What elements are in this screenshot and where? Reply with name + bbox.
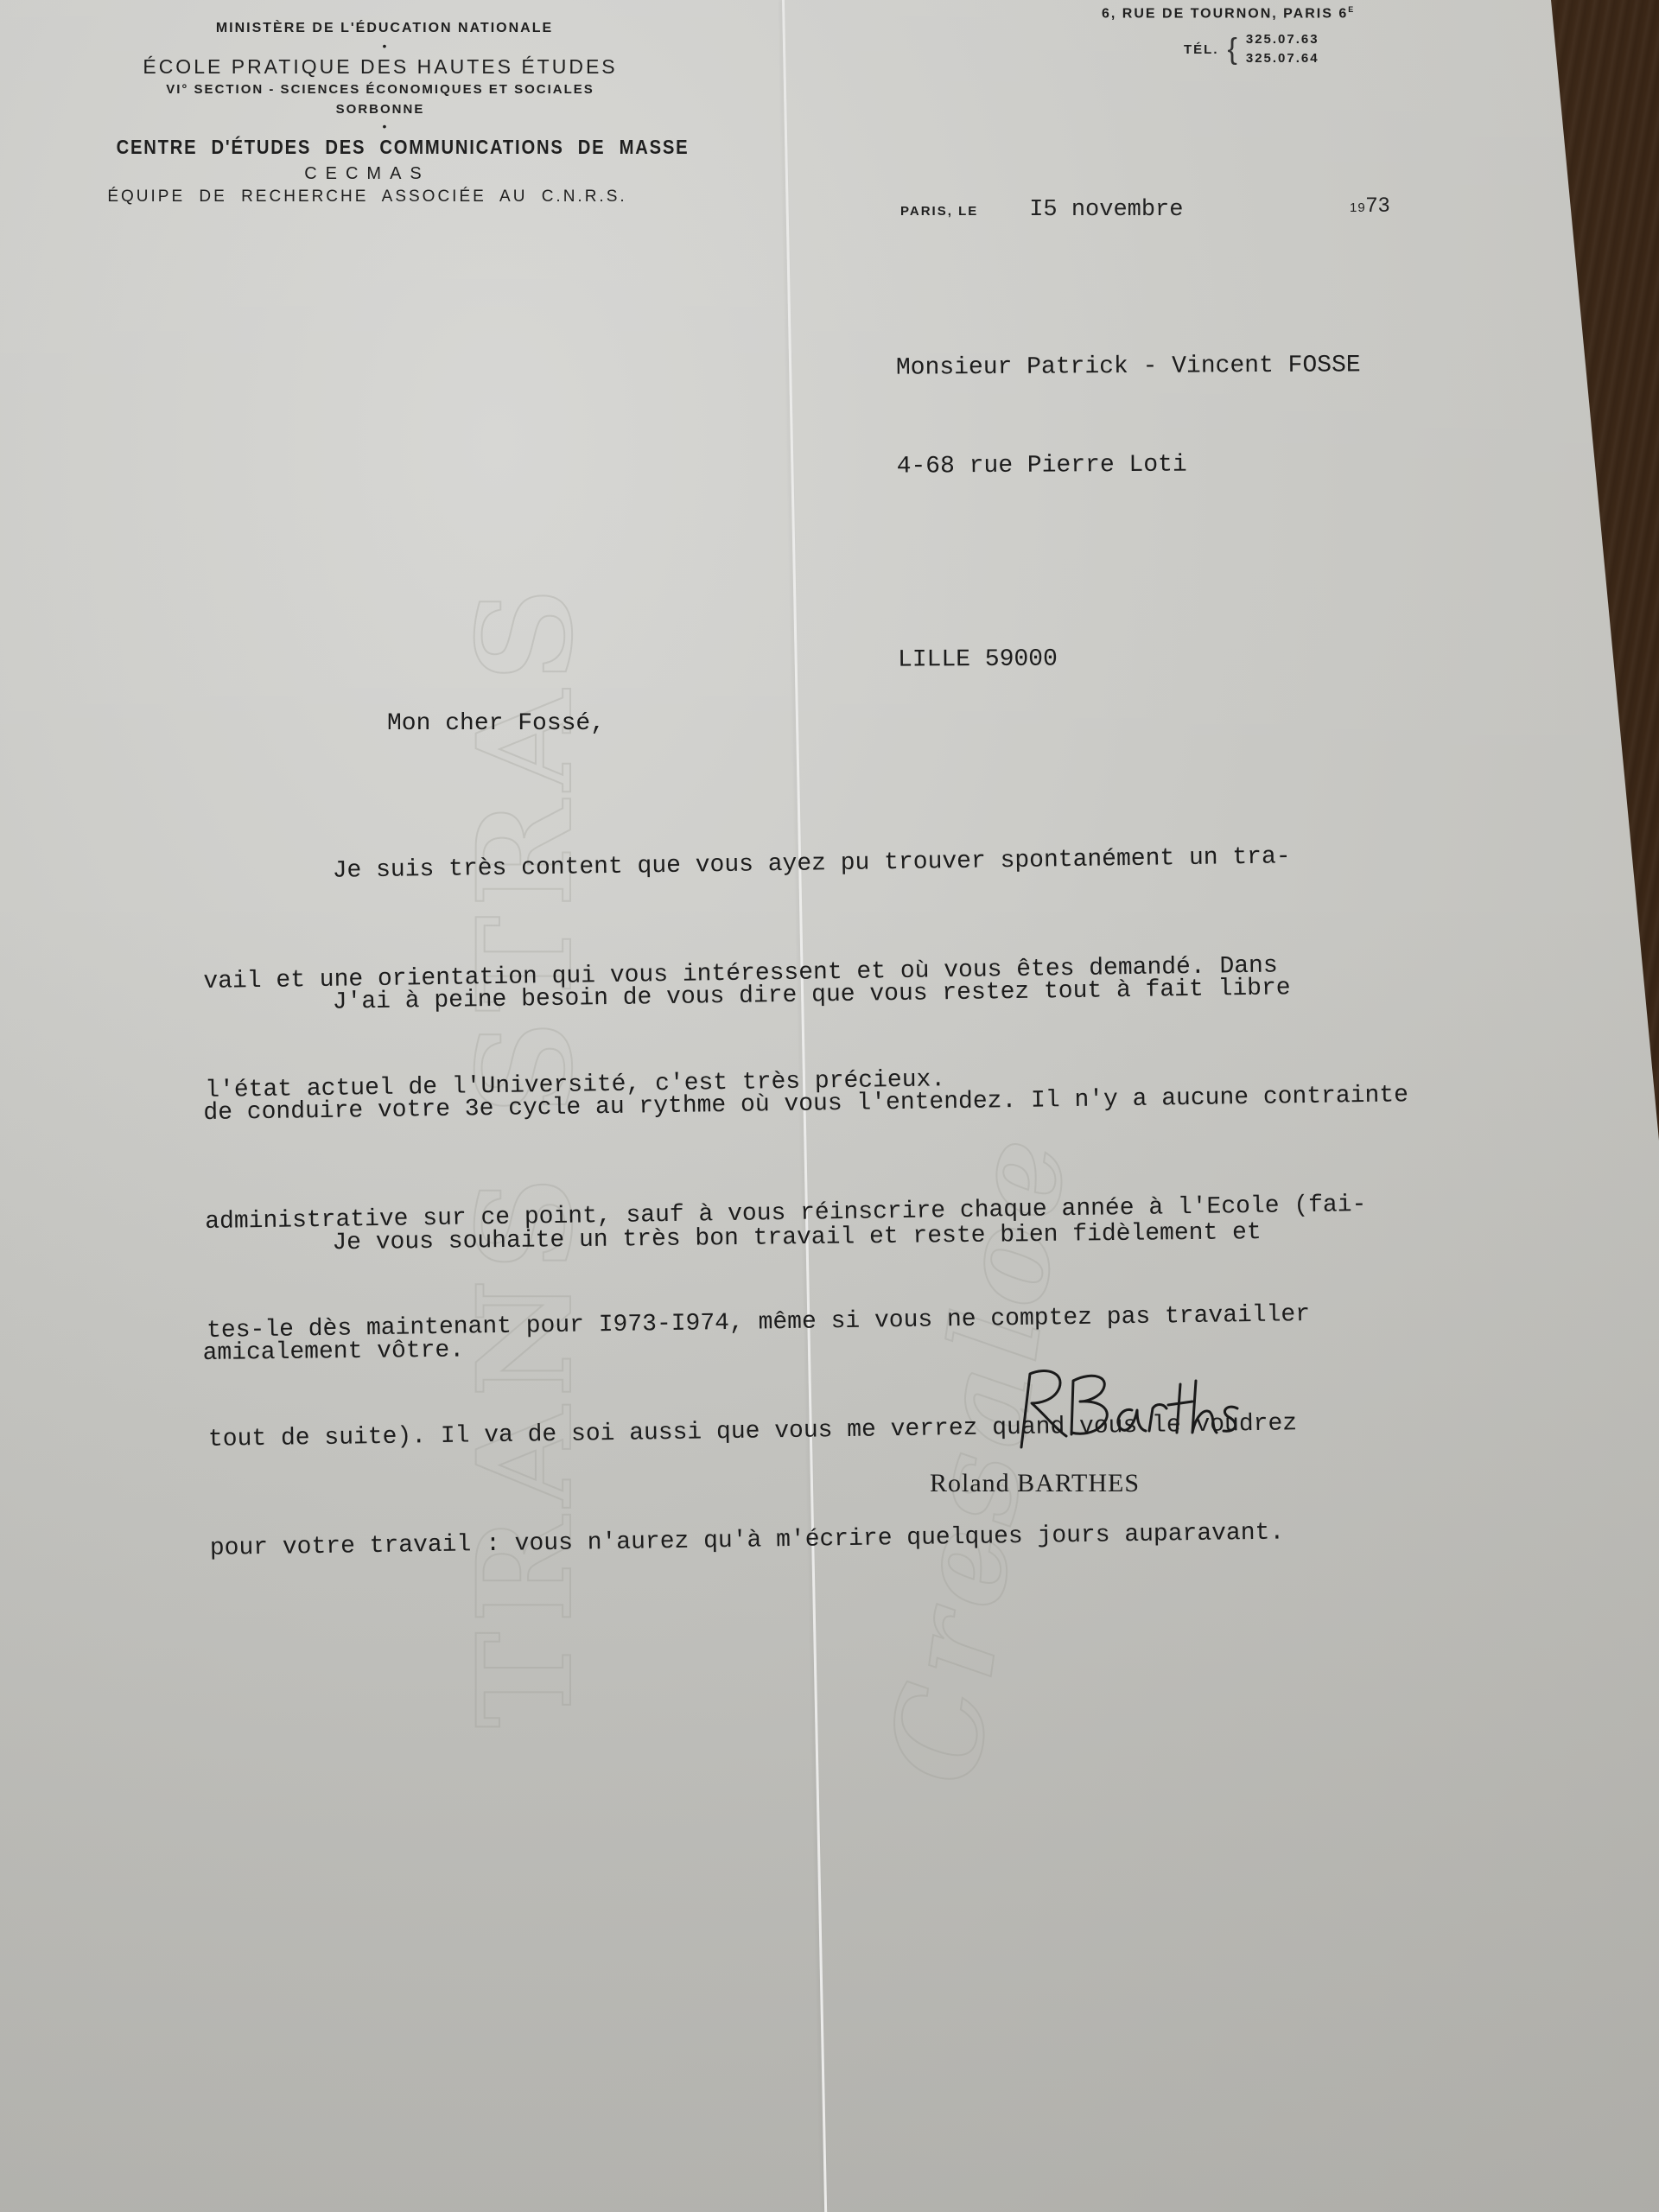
date-label: PARIS, LE bbox=[900, 204, 978, 219]
phone-row: TÉL. { 325.07.63 325.07.64 bbox=[1184, 30, 1355, 68]
photo-scene: TRANS STRAS Cresaloe MINISTÈRE DE L'ÉDUC… bbox=[0, 0, 1659, 2212]
brace-icon: { bbox=[1228, 36, 1237, 62]
handwritten-signature bbox=[1011, 1365, 1322, 1460]
body-line: de conduire votre 3e cycle au rythme où … bbox=[203, 1077, 1408, 1132]
letterhead: MINISTÈRE DE L'ÉDUCATION NATIONALE • ÉCO… bbox=[82, 21, 652, 207]
recipient-street: 4-68 rue Pierre Loti bbox=[897, 448, 1362, 483]
letterhead-affiliation: ÉQUIPE DE RECHERCHE ASSOCIÉE AU C.N.R.S. bbox=[82, 188, 652, 207]
body-line: J'ai à peine besoin de vous dire que vou… bbox=[201, 969, 1407, 1023]
salutation: Mon cher Fossé, bbox=[387, 710, 605, 737]
body-line: Je vous souhaite un très bon travail et … bbox=[201, 1215, 1262, 1263]
letter-paper: TRANS STRAS Cresaloe MINISTÈRE DE L'ÉDUC… bbox=[0, 0, 1659, 2212]
letterhead-acronym: CECMAS bbox=[82, 164, 652, 184]
letterhead-school: ÉCOLE PRATIQUE DES HAUTES ÉTUDES bbox=[108, 55, 652, 79]
letterhead-centre: CENTRE D'ÉTUDES DES COMMUNICATIONS DE MA… bbox=[117, 136, 619, 159]
year-prefix: 19 bbox=[1350, 200, 1366, 215]
recipient-city: LILLE 59000 bbox=[898, 641, 1363, 677]
dateline: PARIS, LE I5 novembre 1973 bbox=[900, 197, 1419, 223]
recipient-address: Monsieur Patrick - Vincent FOSSE 4-68 ru… bbox=[895, 283, 1363, 742]
sender-street-text: 6, RUE DE TOURNON, PARIS 6 bbox=[1102, 6, 1348, 21]
phone-number: 325.07.64 bbox=[1246, 49, 1319, 68]
phone-label: TÉL. bbox=[1184, 42, 1219, 57]
sender-address: 6, RUE DE TOURNON, PARIS 6E TÉL. { 325.0… bbox=[1102, 5, 1355, 68]
letterhead-ministry: MINISTÈRE DE L'ÉDUCATION NATIONALE bbox=[117, 21, 652, 36]
date-typed: I5 novembre bbox=[1029, 197, 1183, 223]
date-year: 1973 bbox=[1350, 194, 1390, 218]
sender-street: 6, RUE DE TOURNON, PARIS 6E bbox=[1102, 5, 1355, 22]
body-line: Je suis très content que vous ayez pu tr… bbox=[201, 839, 1291, 892]
letterhead-location: SORBONNE bbox=[108, 102, 652, 117]
letterhead-separator: • bbox=[117, 40, 652, 52]
year-suffix: 73 bbox=[1366, 194, 1391, 217]
arrondissement-suffix: E bbox=[1348, 5, 1355, 14]
letterhead-section: VI° SECTION - SCIENCES ÉCONOMIQUES ET SO… bbox=[108, 82, 652, 97]
body-line: pour votre travail : vous n'aurez qu'à m… bbox=[210, 1513, 1415, 1567]
typed-signature: Roland BARTHES bbox=[930, 1469, 1140, 1498]
phone-numbers: 325.07.63 325.07.64 bbox=[1246, 30, 1319, 68]
phone-number: 325.07.63 bbox=[1246, 30, 1319, 49]
letterhead-separator-2: • bbox=[117, 120, 652, 132]
recipient-name: Monsieur Patrick - Vincent FOSSE bbox=[896, 349, 1361, 385]
